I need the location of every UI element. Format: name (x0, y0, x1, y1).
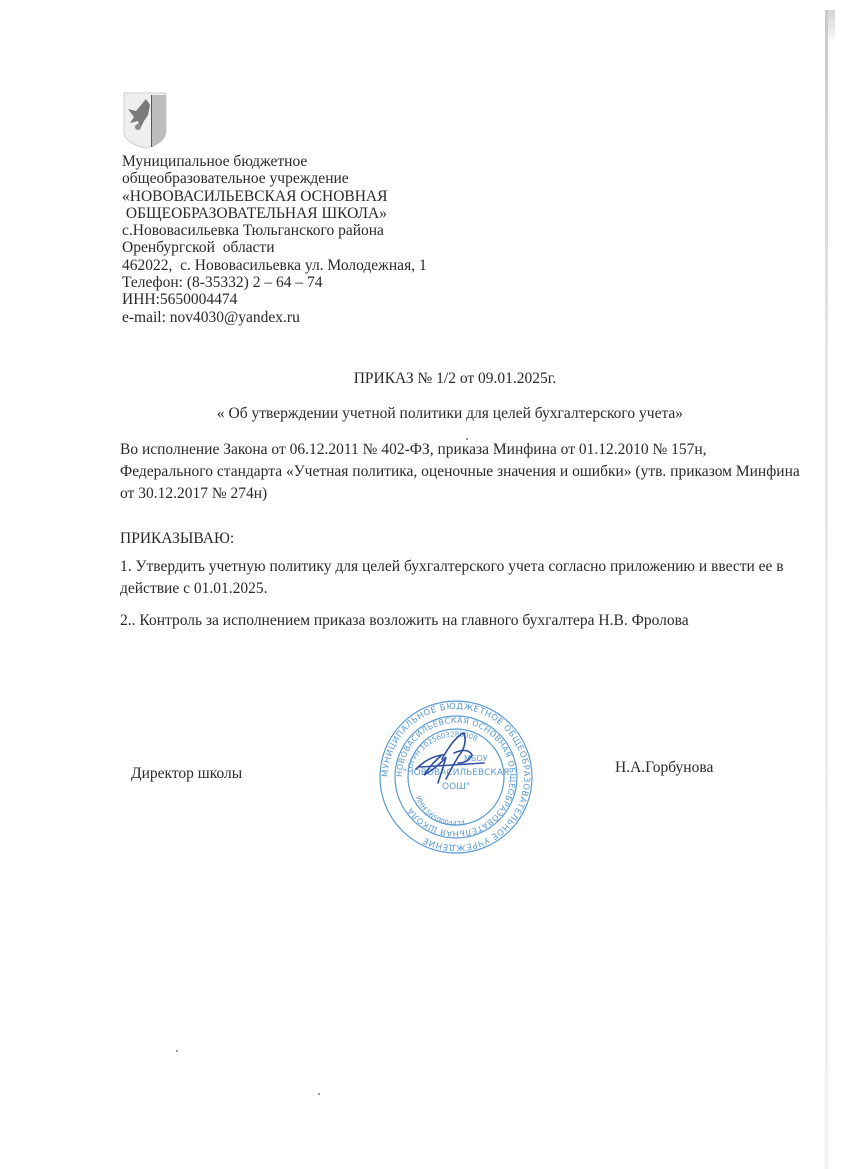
stamp-center-bottom: ООШ" (442, 782, 470, 792)
scan-speck (318, 1093, 320, 1095)
order-subject: « Об утверждении учетной политики для це… (0, 405, 850, 423)
order-item-2: 2.. Контроль за исполнением приказа возл… (120, 612, 800, 630)
header-line: «НОВОВАСИЛЬЕВСКАЯ ОСНОВНАЯ (122, 188, 427, 205)
orders-label: ПРИКАЗЫВАЮ: (120, 530, 234, 548)
header-line: общеобразовательное учреждение (122, 170, 427, 187)
stamp-center-top: МБОУ (464, 754, 488, 763)
signature-position: Директор школы (131, 765, 242, 783)
order-item-1: 1. Утвердить учетную политику для целей … (120, 556, 800, 600)
header-line: ОБЩЕОБРАЗОВАТЕЛЬНАЯ ШКОЛА» (122, 205, 427, 222)
coat-of-arms-eagle-icon (122, 91, 168, 149)
scan-speck (176, 1050, 178, 1052)
header-line: ИНН:5650004474 (122, 291, 427, 308)
stamp-center-main: "НОВОВАСИЛЬЕВСКАЯ (403, 768, 509, 778)
header-line: 462022, с. Нововасильевка ул. Молодежная… (122, 257, 427, 274)
organization-header: Муниципальное бюджетное общеобразователь… (122, 153, 427, 326)
scan-edge-line (825, 10, 828, 1169)
official-stamp: МУНИЦИПАЛЬНОЕ БЮДЖЕТНОЕ ОБЩЕОБРАЗОВАТЕЛЬ… (376, 697, 536, 857)
header-line: Оренбургской области (122, 239, 427, 256)
header-line: e-mail: nov4030@yandex.ru (122, 309, 427, 326)
preamble: Во исполнение Закона от 06.12.2011 № 402… (120, 439, 800, 505)
header-line: с.Нововасильевка Тюльганского района (122, 222, 427, 239)
order-title: ПРИКАЗ № 1/2 от 09.01.2025г. (0, 370, 850, 388)
signature-name: Н.А.Горбунова (615, 759, 713, 777)
header-line: Телефон: (8-35332) 2 – 64 – 74 (122, 274, 427, 291)
scan-speck (466, 438, 468, 440)
header-line: Муниципальное бюджетное (122, 153, 427, 170)
